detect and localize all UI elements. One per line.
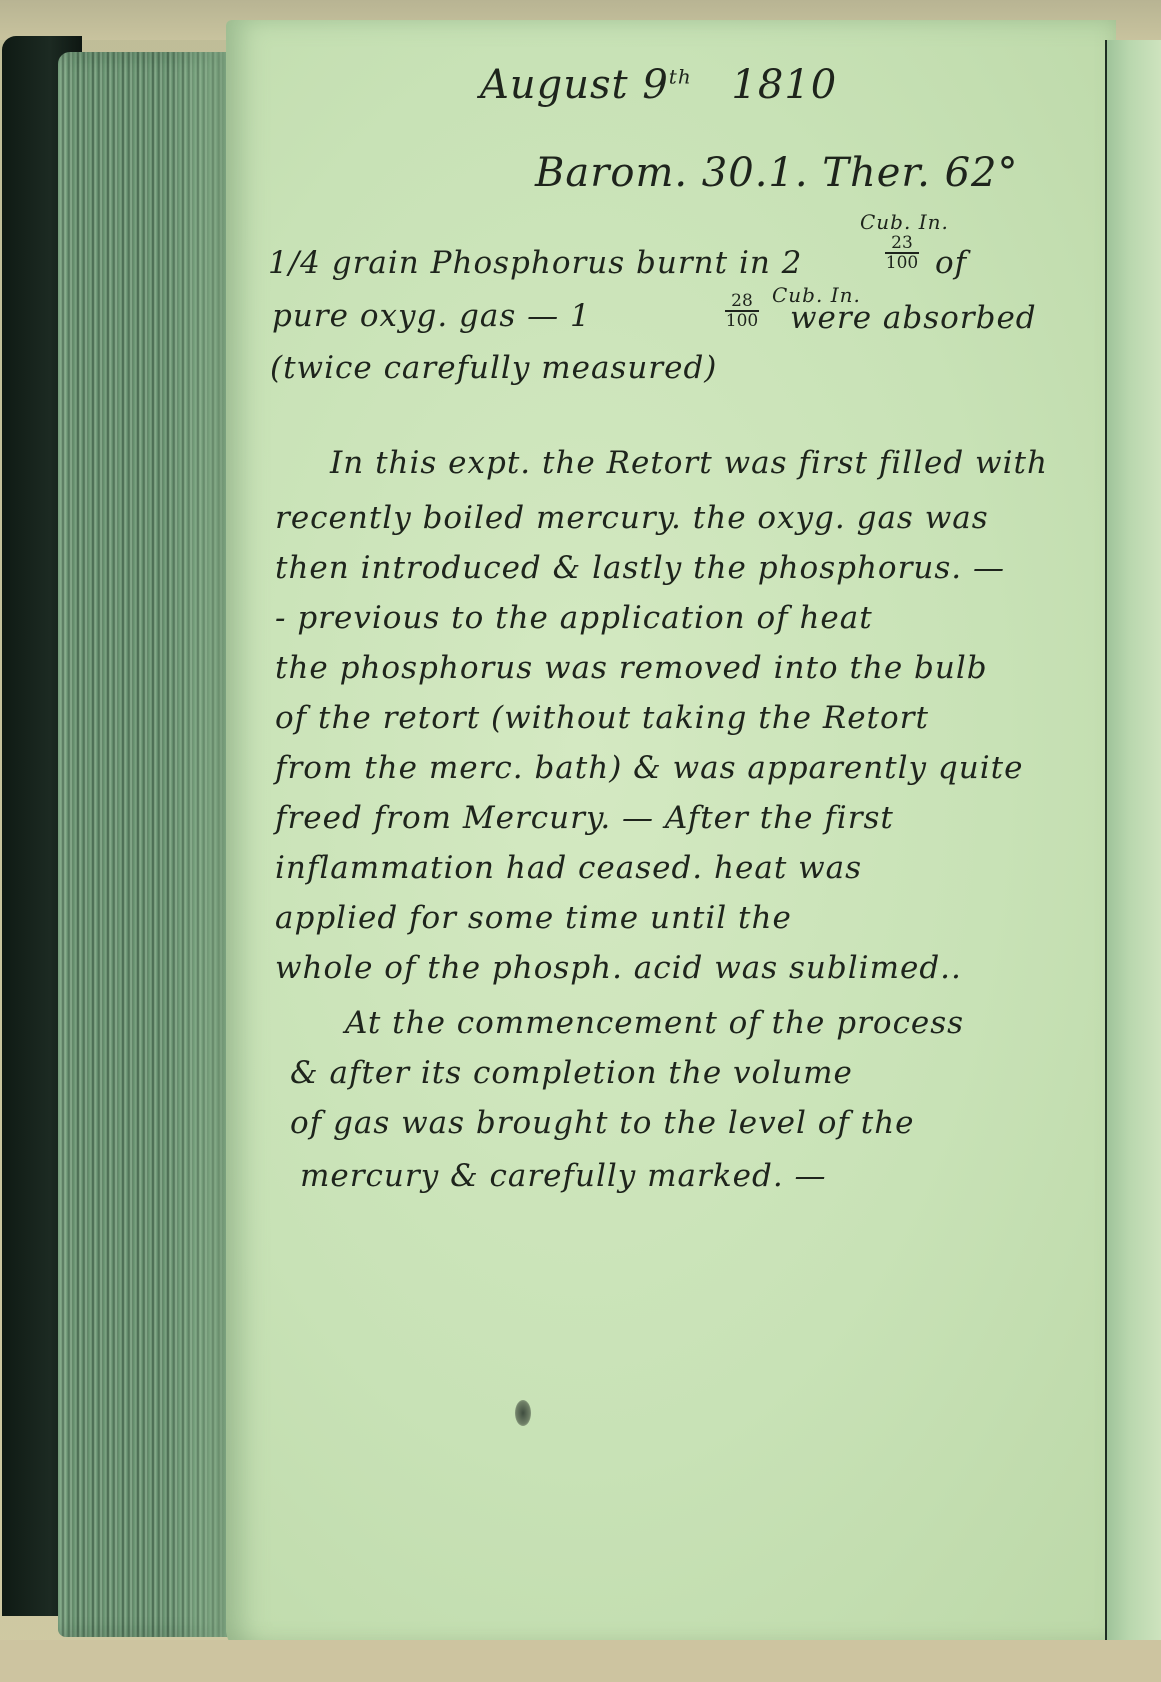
facing-page-edge — [1105, 40, 1161, 1640]
line-2-end: were absorbed — [790, 300, 1037, 336]
unit-label: Cub. In. — [860, 210, 949, 234]
ink-stain — [515, 1400, 531, 1426]
paragraph-line: - previous to the application of heat — [275, 600, 873, 636]
notebook-photo: August 9th 1810 Barom. 30.1. Ther. 62° C… — [0, 0, 1161, 1682]
weather-readings: Barom. 30.1. Ther. 62° — [535, 150, 1018, 196]
entry-date: August 9th 1810 — [480, 62, 837, 108]
fraction-28-100: 28 100 — [725, 292, 759, 330]
paragraph-line: freed from Mercury. — After the first — [275, 800, 894, 836]
paragraph-line: recently boiled mercury. the oxyg. gas w… — [275, 500, 989, 536]
paragraph-line: In this expt. the Retort was first fille… — [330, 445, 1048, 481]
denominator: 100 — [726, 311, 758, 331]
numerator: 23 — [891, 233, 913, 253]
paragraph-line: applied for some time until the — [275, 900, 792, 936]
denominator: 100 — [886, 253, 918, 273]
paragraph-line: of gas was brought to the level of the — [290, 1105, 915, 1141]
measurement-line-1: 1/4 grain Phosphorus burnt in 2 — [268, 245, 802, 281]
paragraph-line: inflammation had ceased. heat was — [275, 850, 862, 886]
paragraph-line: of the retort (without taking the Retort — [275, 700, 929, 736]
date-year: 1810 — [731, 62, 837, 108]
paragraph-line: then introduced & lastly the phosphorus.… — [275, 550, 1005, 586]
page-edges — [58, 52, 228, 1637]
line-text: 1/4 grain Phosphorus burnt in 2 — [268, 245, 802, 281]
date-suffix: th — [669, 65, 692, 89]
paragraph-line: & after its completion the volume — [290, 1055, 853, 1091]
measurement-note: (twice carefully measured) — [270, 350, 717, 386]
numerator: 28 — [731, 291, 753, 311]
fraction-23-100: 23 100 — [885, 234, 919, 272]
paragraph-line: At the commencement of the process — [345, 1005, 964, 1041]
table-surface — [0, 1640, 1161, 1682]
paragraph-line: the phosphorus was removed into the bulb — [275, 650, 988, 686]
paragraph-line: mercury & carefully marked. — — [300, 1158, 827, 1194]
line-1-end: of — [935, 245, 967, 281]
paragraph-line: from the merc. bath) & was apparently qu… — [275, 750, 1023, 786]
paragraph-line: whole of the phosph. acid was sublimed.. — [275, 950, 962, 986]
date-text: August 9 — [480, 62, 669, 108]
measurement-line-2: pure oxyg. gas — 1 — [272, 298, 591, 334]
